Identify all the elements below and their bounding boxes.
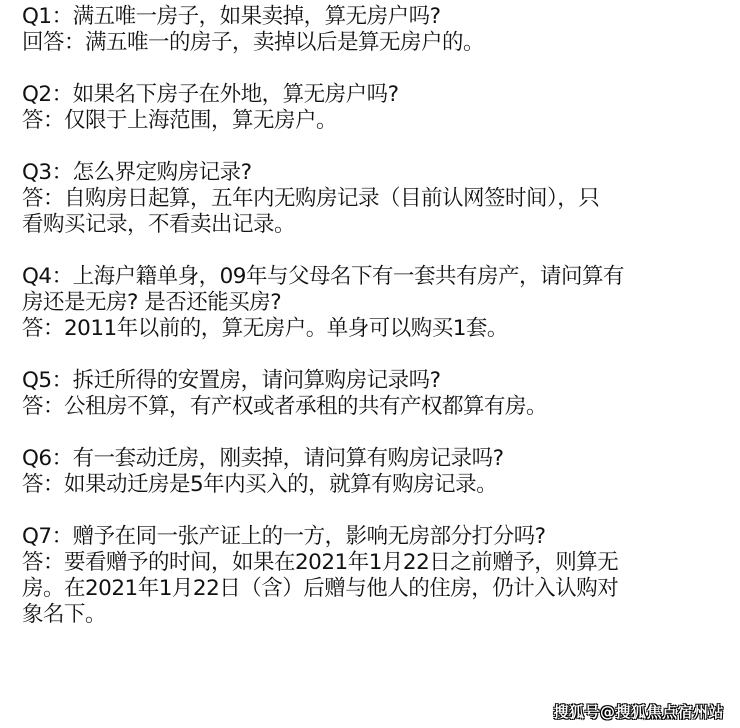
answer-line: 答：如果动迁房是5年内买入的，就算有购房记录。: [22, 472, 722, 498]
question: Q5：拆迁所得的安置房，请问算购房记录吗?: [22, 368, 722, 394]
qa-document: Q1：满五唯一房子，如果卖掉，算无房户吗? 回答：满五唯一的房子，卖掉以后是算无…: [22, 4, 722, 628]
qa-item-4: Q4：上海户籍单身，09年与父母名下有一套共有房产，请问算有 房还是无房? 是否…: [22, 264, 722, 342]
qa-item-2: Q2：如果名下房子在外地，算无房户吗? 答：仅限于上海范围，算无房户。: [22, 82, 722, 134]
qa-item-5: Q5：拆迁所得的安置房，请问算购房记录吗? 答：公租房不算，有产权或者承租的共有…: [22, 368, 722, 420]
question: Q7：赠予在同一张产证上的一方，影响无房部分打分吗?: [22, 524, 722, 550]
qa-item-1: Q1：满五唯一房子，如果卖掉，算无房户吗? 回答：满五唯一的房子，卖掉以后是算无…: [22, 4, 722, 56]
watermark: 搜狐号@搜狐焦点宿州站: [553, 701, 724, 722]
answer-line: 答：要看赠予的时间，如果在2021年1月22日之前赠予，则算无: [22, 550, 722, 576]
answer-line: 答：公租房不算，有产权或者承租的共有产权都算有房。: [22, 394, 722, 420]
question: Q1：满五唯一房子，如果卖掉，算无房户吗?: [22, 4, 722, 30]
answer-line: 象名下。: [22, 602, 722, 628]
qa-item-3: Q3：怎么界定购房记录? 答：自购房日起算，五年内无购房记录（目前认网签时间），…: [22, 160, 722, 238]
answer-line: 看购买记录，不看卖出记录。: [22, 212, 722, 238]
answer-line: 答：2011年以前的，算无房户。单身可以购买1套。: [22, 316, 722, 342]
question: Q6：有一套动迁房，刚卖掉，请问算有购房记录吗?: [22, 446, 722, 472]
answer-line: 答：仅限于上海范围，算无房户。: [22, 108, 722, 134]
answer-line: 回答：满五唯一的房子，卖掉以后是算无房户的。: [22, 30, 722, 56]
question: Q2：如果名下房子在外地，算无房户吗?: [22, 82, 722, 108]
question: 房还是无房? 是否还能买房?: [22, 290, 722, 316]
question: Q4：上海户籍单身，09年与父母名下有一套共有房产，请问算有: [22, 264, 722, 290]
qa-item-6: Q6：有一套动迁房，刚卖掉，请问算有购房记录吗? 答：如果动迁房是5年内买入的，…: [22, 446, 722, 498]
answer-line: 房。在2021年1月22日（含）后赠与他人的住房，仍计入认购对: [22, 576, 722, 602]
answer-line: 答：自购房日起算，五年内无购房记录（目前认网签时间），只: [22, 186, 722, 212]
question: Q3：怎么界定购房记录?: [22, 160, 722, 186]
qa-item-7: Q7：赠予在同一张产证上的一方，影响无房部分打分吗? 答：要看赠予的时间，如果在…: [22, 524, 722, 628]
